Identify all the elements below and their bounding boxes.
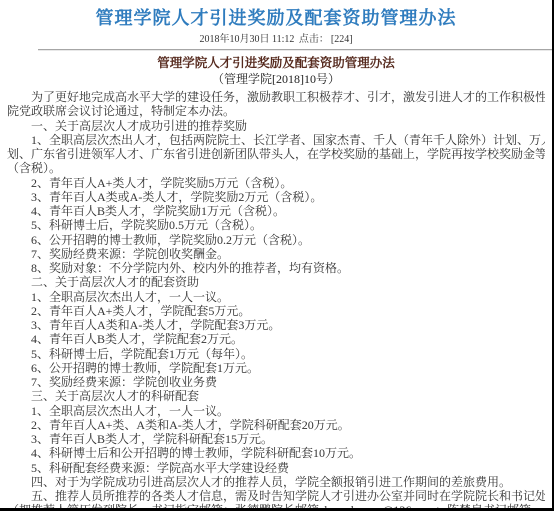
body-line: 1、全职高层次杰出人才，包括两院院士、长江学者、国家杰青、千人（青年千人除外）计… <box>7 133 545 147</box>
body-line: 4、青年百人B类人才，学院配套2万元。 <box>7 332 545 346</box>
body-line: 划、广东省引进领军人才、广东省引进创新团队带头人，在学校奖励的基础上，学院再按学… <box>7 147 545 161</box>
body-line: 1、全职高层次杰出人才，一人一议。 <box>7 404 545 418</box>
body-line: 4、科研博士后和公开招聘的博士教师，学院科研配套10万元。 <box>7 446 545 460</box>
body-line: 二、关于高层次人才的配套资助 <box>7 275 545 289</box>
hits-label: 点击： <box>299 34 329 45</box>
body-line: 3、青年百人A类或A-类人才，学院奖励2万元（含税）。 <box>7 190 545 204</box>
hits-count: [224] <box>331 34 353 45</box>
page-title: 管理学院人才引进奖励及配套资助管理办法 <box>0 0 552 32</box>
article-heading: 管理学院人才引进奖励及配套资助管理办法 <box>0 55 552 70</box>
body-line: （把推荐人简历发到院长、书记指定邮箱：张德鹏院长邮箱zhangdepeng@12… <box>7 503 545 511</box>
body-line: 1、全职高层次杰出人才，一人一议。 <box>7 290 545 304</box>
body-line: 3、青年百人A类和A-类人才，学院配套3万元。 <box>7 318 545 332</box>
body-line: 5、科研博士后，学院奖励0.5万元（含税）。 <box>7 218 545 232</box>
body-line: 四、对于为学院成功引进高层次人才的推荐人员，学院全额报销引进工作期间的差旅费用。 <box>7 475 545 489</box>
body-line: 5、科研博士后，学院配套1万元（每年）。 <box>7 347 545 361</box>
body-line: 为了更好地完成高水平大学的建设任务，激励教职工积极荐才、引才，激发引进人才的工作… <box>7 90 545 104</box>
body-line: 3、青年百人B类人才，学院科研配套15万元。 <box>7 432 545 446</box>
article-meta: 2018年10月30日 11:12 点击：[224] <box>0 33 552 46</box>
body-line: 三、关于高层次人才的科研配套 <box>7 389 545 403</box>
body-line: 7、奖励经费来源：学院创收业务费 <box>7 375 545 389</box>
body-line: 五、推荐人员所推荐的各类人才信息，需及时告知学院人才引进办公室并同时在学院院长和… <box>7 489 545 503</box>
body-line: 2、青年百人A+类、A类和A-类人才，学院科研配套20万元。 <box>7 418 545 432</box>
article-body: 为了更好地完成高水平大学的建设任务，激励教职工积极荐才、引才，激发引进人才的工作… <box>0 90 552 511</box>
body-line: 4、青年百人B类人才，学院奖励1万元（含税）。 <box>7 204 545 218</box>
divider <box>38 49 552 51</box>
body-line: （含税）。 <box>7 161 545 175</box>
body-line: 院党政联席会议讨论通过，特制定本办法。 <box>7 104 545 118</box>
body-line: 2、青年百人A+类人才，学院奖励5万元（含税）。 <box>7 176 545 190</box>
publish-date: 2018年10月30日 11:12 <box>199 34 294 45</box>
document-number: （管理学院[2018]10号） <box>0 72 552 87</box>
body-line: 6、公开招聘的博士教师，学院奖励0.2万元（含税）。 <box>7 233 545 247</box>
body-line: 一、关于高层次人才成功引进的推荐奖励 <box>7 119 545 133</box>
body-line: 5、科研配套经费来源：学院高水平大学建设经费 <box>7 461 545 475</box>
body-line: 6、公开招聘的博士教师，学院配套1万元。 <box>7 361 545 375</box>
article-page: 管理学院人才引进奖励及配套资助管理办法 2018年10月30日 11:12 点击… <box>0 0 554 511</box>
body-line: 8、奖励对象：不分学院内外、校内外的推荐者，均有资格。 <box>7 261 545 275</box>
body-line: 7、奖励经费来源：学院创收奖酬金。 <box>7 247 545 261</box>
body-line: 2、青年百人A+类人才，学院配套5万元。 <box>7 304 545 318</box>
